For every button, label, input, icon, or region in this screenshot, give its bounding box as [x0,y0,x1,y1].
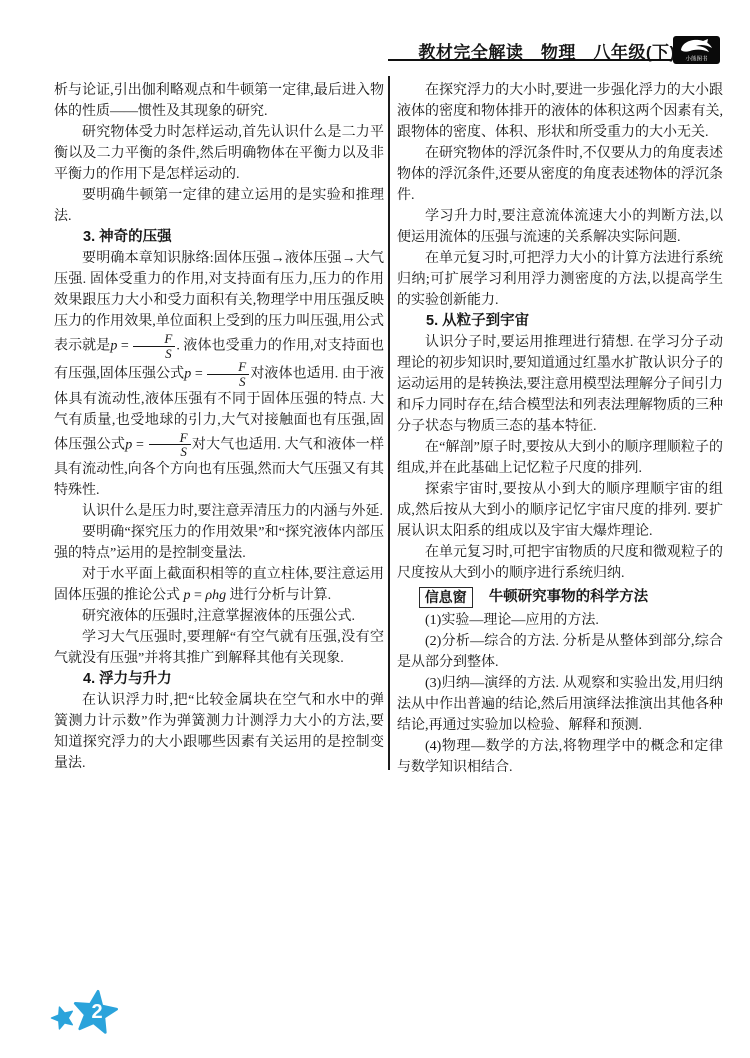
logo-animal-icon: 小熊图书 [673,36,720,64]
publisher-logo: 小熊图书 [673,36,720,64]
paragraph: 在认识浮力时,把“比较金属块在空气和水中的弹簧测力计示数”作为弹簧测力计测浮力大… [54,690,384,774]
math-fraction: FS [132,332,176,360]
paragraph: 认识分子时,要运用推理进行猜想. 在学习分子动理论的初步知识时,要知道通过红墨水… [397,332,723,437]
column-divider [388,76,390,770]
small-star-icon [49,1004,76,1031]
infobox-label: 信息窗 [419,587,473,608]
math-fraction: FS [148,431,192,459]
section-heading: 4. 浮力与升力 [54,669,384,690]
page-number-stars: 2 [42,983,162,1058]
paragraph: 对于水平面上截面积相等的直立柱体,要注意运用固体压强的推论公式 p = ρhg … [54,564,384,606]
section-heading: 5. 从粒子到宇宙 [397,311,723,332]
section-heading: 3. 神奇的压强 [54,227,384,248]
paragraph: 研究液体的压强时,注意掌握液体的压强公式. [54,606,384,627]
paragraph: 在研究物体的浮沉条件时,不仅要从力的角度表述物体的浮沉条件,还要从密度的角度表述… [397,143,723,206]
paragraph: 在“解剖”原子时,要按从大到小的顺序理顺粒子的组成,并在此基础上记忆粒子尺度的排… [397,437,723,479]
math-var: p [184,367,191,382]
logo-text: 小熊图书 [685,55,708,63]
paragraph: 学习大气压强时,要理解“有空气就有压强,没有空气就没有压强”并将其推广到解释其他… [54,627,384,669]
paragraph: 在单元复习时,可把宇宙物质的尺度和微观粒子的尺度按从大到小的顺序进行系统归纳. [397,542,723,584]
infobox: 信息窗牛顿研究事物的科学方法 [397,587,723,608]
paragraph: 研究物体受力时怎样运动,首先认识什么是二力平衡以及二力平衡的条件,然后明确物体在… [54,122,384,185]
paragraph: 在探究浮力的大小时,要进一步强化浮力的大小跟液体的密度和物体排开的液体的体积这两… [397,80,723,143]
left-column: 析与论证,引出伽利略观点和牛顿第一定律,最后进入物体的性质——惯性及其现象的研究… [54,80,384,774]
paragraph: (3)归纳—演绎的方法. 从观察和实验出发,用归纳法从中作出普遍的结论,然后用演… [397,673,723,736]
paragraph: (2)分析—综合的方法. 分析是从整体到部分,综合是从部分到整体. [397,631,723,673]
infobox-title: 牛顿研究事物的科学方法 [489,587,649,608]
page-number: 2 [91,1001,102,1023]
right-column: 在探究浮力的大小时,要进一步强化浮力的大小跟液体的密度和物体排开的液体的体积这两… [397,80,723,778]
paragraph: 析与论证,引出伽利略观点和牛顿第一定律,最后进入物体的性质——惯性及其现象的研究… [54,80,384,122]
paragraph: (4)物理—数学的方法,将物理学中的概念和定律与数学知识相结合. [397,736,723,778]
paragraph: 认识什么是压力时,要注意弄清压力的内涵与外延. [54,501,384,522]
paragraph: 在单元复习时,可把浮力大小的计算方法进行系统归纳;可扩展学习利用浮力测密度的方法… [397,248,723,311]
math-fraction: FS [206,360,250,388]
paragraph: 要明确本章知识脉络:固体压强→液体压强→大气压强. 固体受重力的作用,对支持面有… [54,248,384,501]
paragraph: 学习升力时,要注意流体流速大小的判断方法,以便运用流体的压强与流速的关系解决实际… [397,206,723,248]
math-var: p [110,338,117,353]
header-rule [388,59,672,61]
math-var: ρhg [205,588,226,603]
math-var: p [184,588,191,603]
paragraph: 要明确“探究压力的作用效果”和“探究液体内部压强的特点”运用的是控制变量法. [54,522,384,564]
paragraph: 探索宇宙时,要按从小到大的顺序理顺宇宙的组成,然后按从大到小的顺序记忆宇宙尺度的… [397,479,723,542]
math-var: p [125,437,132,452]
paragraph: (1)实验—理论—应用的方法. [397,610,723,631]
paragraph: 要明确牛顿第一定律的建立运用的是实验和推理法. [54,185,384,227]
